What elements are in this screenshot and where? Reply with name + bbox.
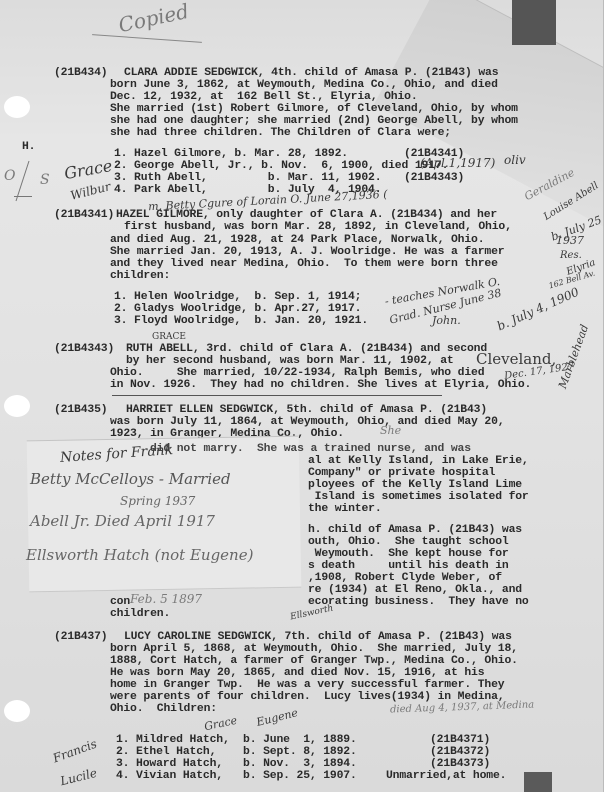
entry-fragment: al at Kelly Island, in Lake Erie, — [308, 455, 529, 467]
handwritten-note: John. — [432, 314, 461, 327]
entry-line: first husband, was born Mar. 28, 1892, i… — [124, 221, 512, 233]
handwritten-note: Eugene — [255, 706, 299, 729]
handwritten-note: Marblehead — [556, 323, 591, 391]
entry-fragment: Island is sometimes isolated for — [308, 491, 529, 503]
handwritten-note: Grace — [203, 714, 238, 734]
entry-line: Dec. 12, 1932, at 162 Bell St., Elyria, … — [110, 91, 418, 103]
entry-line: RUTH ABELL, 3rd. child of Clara A. (21B4… — [126, 343, 487, 355]
entry-line: CLARA ADDIE SEDGWICK, 4th. child of Amas… — [124, 67, 498, 79]
entry-line: and they lived near Medina, Ohio. To the… — [110, 258, 498, 270]
punch-hole — [4, 700, 30, 722]
entry-line: Ohio. She married, 10/22-1934, Ralph Bem… — [110, 367, 484, 379]
separator-line — [112, 395, 442, 396]
note-line: Betty McCelloys - Married — [30, 470, 231, 488]
child-row: 1. Mildred Hatch, b. June 1, 1889. — [116, 734, 357, 746]
handwritten-note: Res. — [560, 250, 582, 261]
entry-line: HARRIET ELLEN SEDGWICK, 5th. child of Am… — [126, 404, 487, 416]
entry-fragment: Company" or private hospital — [308, 467, 495, 479]
margin-sketch-line — [14, 196, 32, 197]
punch-hole — [4, 395, 30, 417]
entry-fragment: s death until his death in — [308, 560, 509, 572]
child-ref: (21B4343) — [404, 172, 464, 184]
page-edge — [603, 0, 612, 792]
handwritten-insert: GRACE — [152, 332, 186, 342]
entry-id: (21B434) — [54, 67, 107, 79]
entry-line: were parents of four children. Lucy live… — [110, 691, 504, 703]
handwritten-note: 1937 — [556, 234, 584, 247]
handwritten-note: Wilbur — [69, 179, 112, 202]
entry-line: She married (1st) Robert Gilmore, of Cle… — [110, 103, 518, 115]
entry-id: (21B4343) — [54, 343, 114, 355]
entry-line: She married Jan. 20, 1913, A. J. Woolrid… — [110, 246, 504, 258]
entry-line: she had one daughter; she married (2nd) … — [110, 115, 518, 127]
handwritten-note: Lucile — [59, 766, 98, 789]
entry-fragment: h. child of Amasa P. (21B43) was — [308, 524, 522, 536]
handwritten-note: b. July 4, 1900 — [495, 285, 581, 334]
entry-fragment: Weymouth. She kept house for — [308, 548, 509, 560]
child-row: 4. Vivian Hatch, b. Sep. 25, 1907. — [116, 770, 357, 782]
punch-hole — [4, 96, 30, 118]
handwritten-note: (Apl.1,1917) — [420, 156, 495, 170]
copied-note: Copied — [116, 0, 191, 37]
note-line: Spring 1937 — [120, 494, 195, 508]
entry-line: home in Granger Twp. He was a very succe… — [110, 679, 504, 691]
entry-fragment: ployees of the Kelly Island Lime — [308, 479, 522, 491]
handwritten-note: oliv — [504, 153, 526, 167]
entry-line: born June 3, 1862, at Weymouth, Medina C… — [110, 79, 498, 91]
child-row: 3. Ruth Abell, b. Mar. 11, 1902. — [114, 172, 381, 184]
entry-fragment: re (1934) at El Reno, Okla., and — [308, 584, 522, 596]
margin-sketch: S — [40, 172, 50, 188]
child-ref: (21B4373) — [430, 758, 490, 770]
document-page: Copied H. O S (21B434) CLARA ADDIE SEDGW… — [0, 0, 612, 792]
entry-id: (21B4341) — [54, 209, 114, 221]
child-row: 2. George Abell, Jr., b. Nov. 6, 1900, d… — [114, 160, 448, 172]
entry-line: and died Aug. 21, 1928, at 24 Park Place… — [110, 234, 484, 246]
child-ref: (21B4371) — [430, 734, 490, 746]
entry-line: by her second husband, was born Mar. 11,… — [126, 355, 454, 367]
child-note: Unmarried,at home. — [386, 770, 506, 782]
child-row: 2. Ethel Hatch, b. Sept. 8, 1892. — [116, 746, 357, 758]
entry-line: Ohio. Children: — [110, 703, 217, 715]
entry-fragment: ,1908, Robert Clyde Weber, of — [308, 572, 502, 584]
handwritten-note: She — [380, 424, 401, 437]
child-row: 1. Helen Woolridge, b. Sep. 1, 1914; — [114, 291, 361, 303]
entry-fragment: ecorating business. They have no — [308, 596, 529, 608]
entry-fragment: outh, Ohio. She taught school — [308, 536, 509, 548]
child-ref: (21B4372) — [430, 746, 490, 758]
entry-line: 1888, Cort Hatch, a farmer of Granger Tw… — [110, 655, 518, 667]
margin-sketch: O — [4, 168, 15, 184]
underline — [92, 34, 202, 43]
handwritten-note: Francis — [51, 737, 99, 766]
entry-id: (21B435) — [54, 404, 107, 416]
entry-fragment: children. — [110, 608, 170, 620]
index-tab-top — [512, 0, 556, 45]
entry-fragment: the winter. — [308, 503, 382, 515]
child-row: 3. Howard Hatch, b. Nov. 3, 1894. — [116, 758, 357, 770]
entry-line: was born July 11, 1864, at Weymouth, Ohi… — [110, 416, 504, 428]
index-tab-bottom — [524, 772, 552, 792]
entry-id: (21B437) — [54, 631, 107, 643]
entry-line: she had three children. The Children of … — [110, 127, 451, 139]
entry-line: He was born May 20, 1865, and died Nov. … — [110, 667, 484, 679]
entry-line: children: — [110, 270, 170, 282]
entry-line: LUCY CAROLINE SEDGWICK, 7th. child of Am… — [124, 631, 512, 643]
child-row: 2. Gladys Woolridge, b. Apr.27, 1917. — [114, 303, 361, 315]
note-line: Ellsworth Hatch (not Eugene) — [26, 546, 253, 564]
entry-line: born April 5, 1868, at Weymouth, Ohio. S… — [110, 643, 518, 655]
entry-line: did not marry. She was a trained nurse, … — [150, 443, 471, 455]
note-line: Abell Jr. Died April 1917 — [30, 512, 215, 530]
entry-fragment: con — [110, 596, 130, 608]
margin-letter: H. — [22, 141, 35, 153]
child-row: 1. Hazel Gilmore, b. Mar. 28, 1892. — [114, 148, 348, 160]
entry-line: in Nov. 1926. They had no children. She … — [110, 379, 531, 391]
note-line: Feb. 5 1897 — [130, 592, 202, 606]
child-row: 3. Floyd Woolridge, b. Jan. 20, 1921. — [114, 315, 368, 327]
entry-line: HAZEL GILMORE, only daughter of Clara A.… — [116, 209, 497, 221]
